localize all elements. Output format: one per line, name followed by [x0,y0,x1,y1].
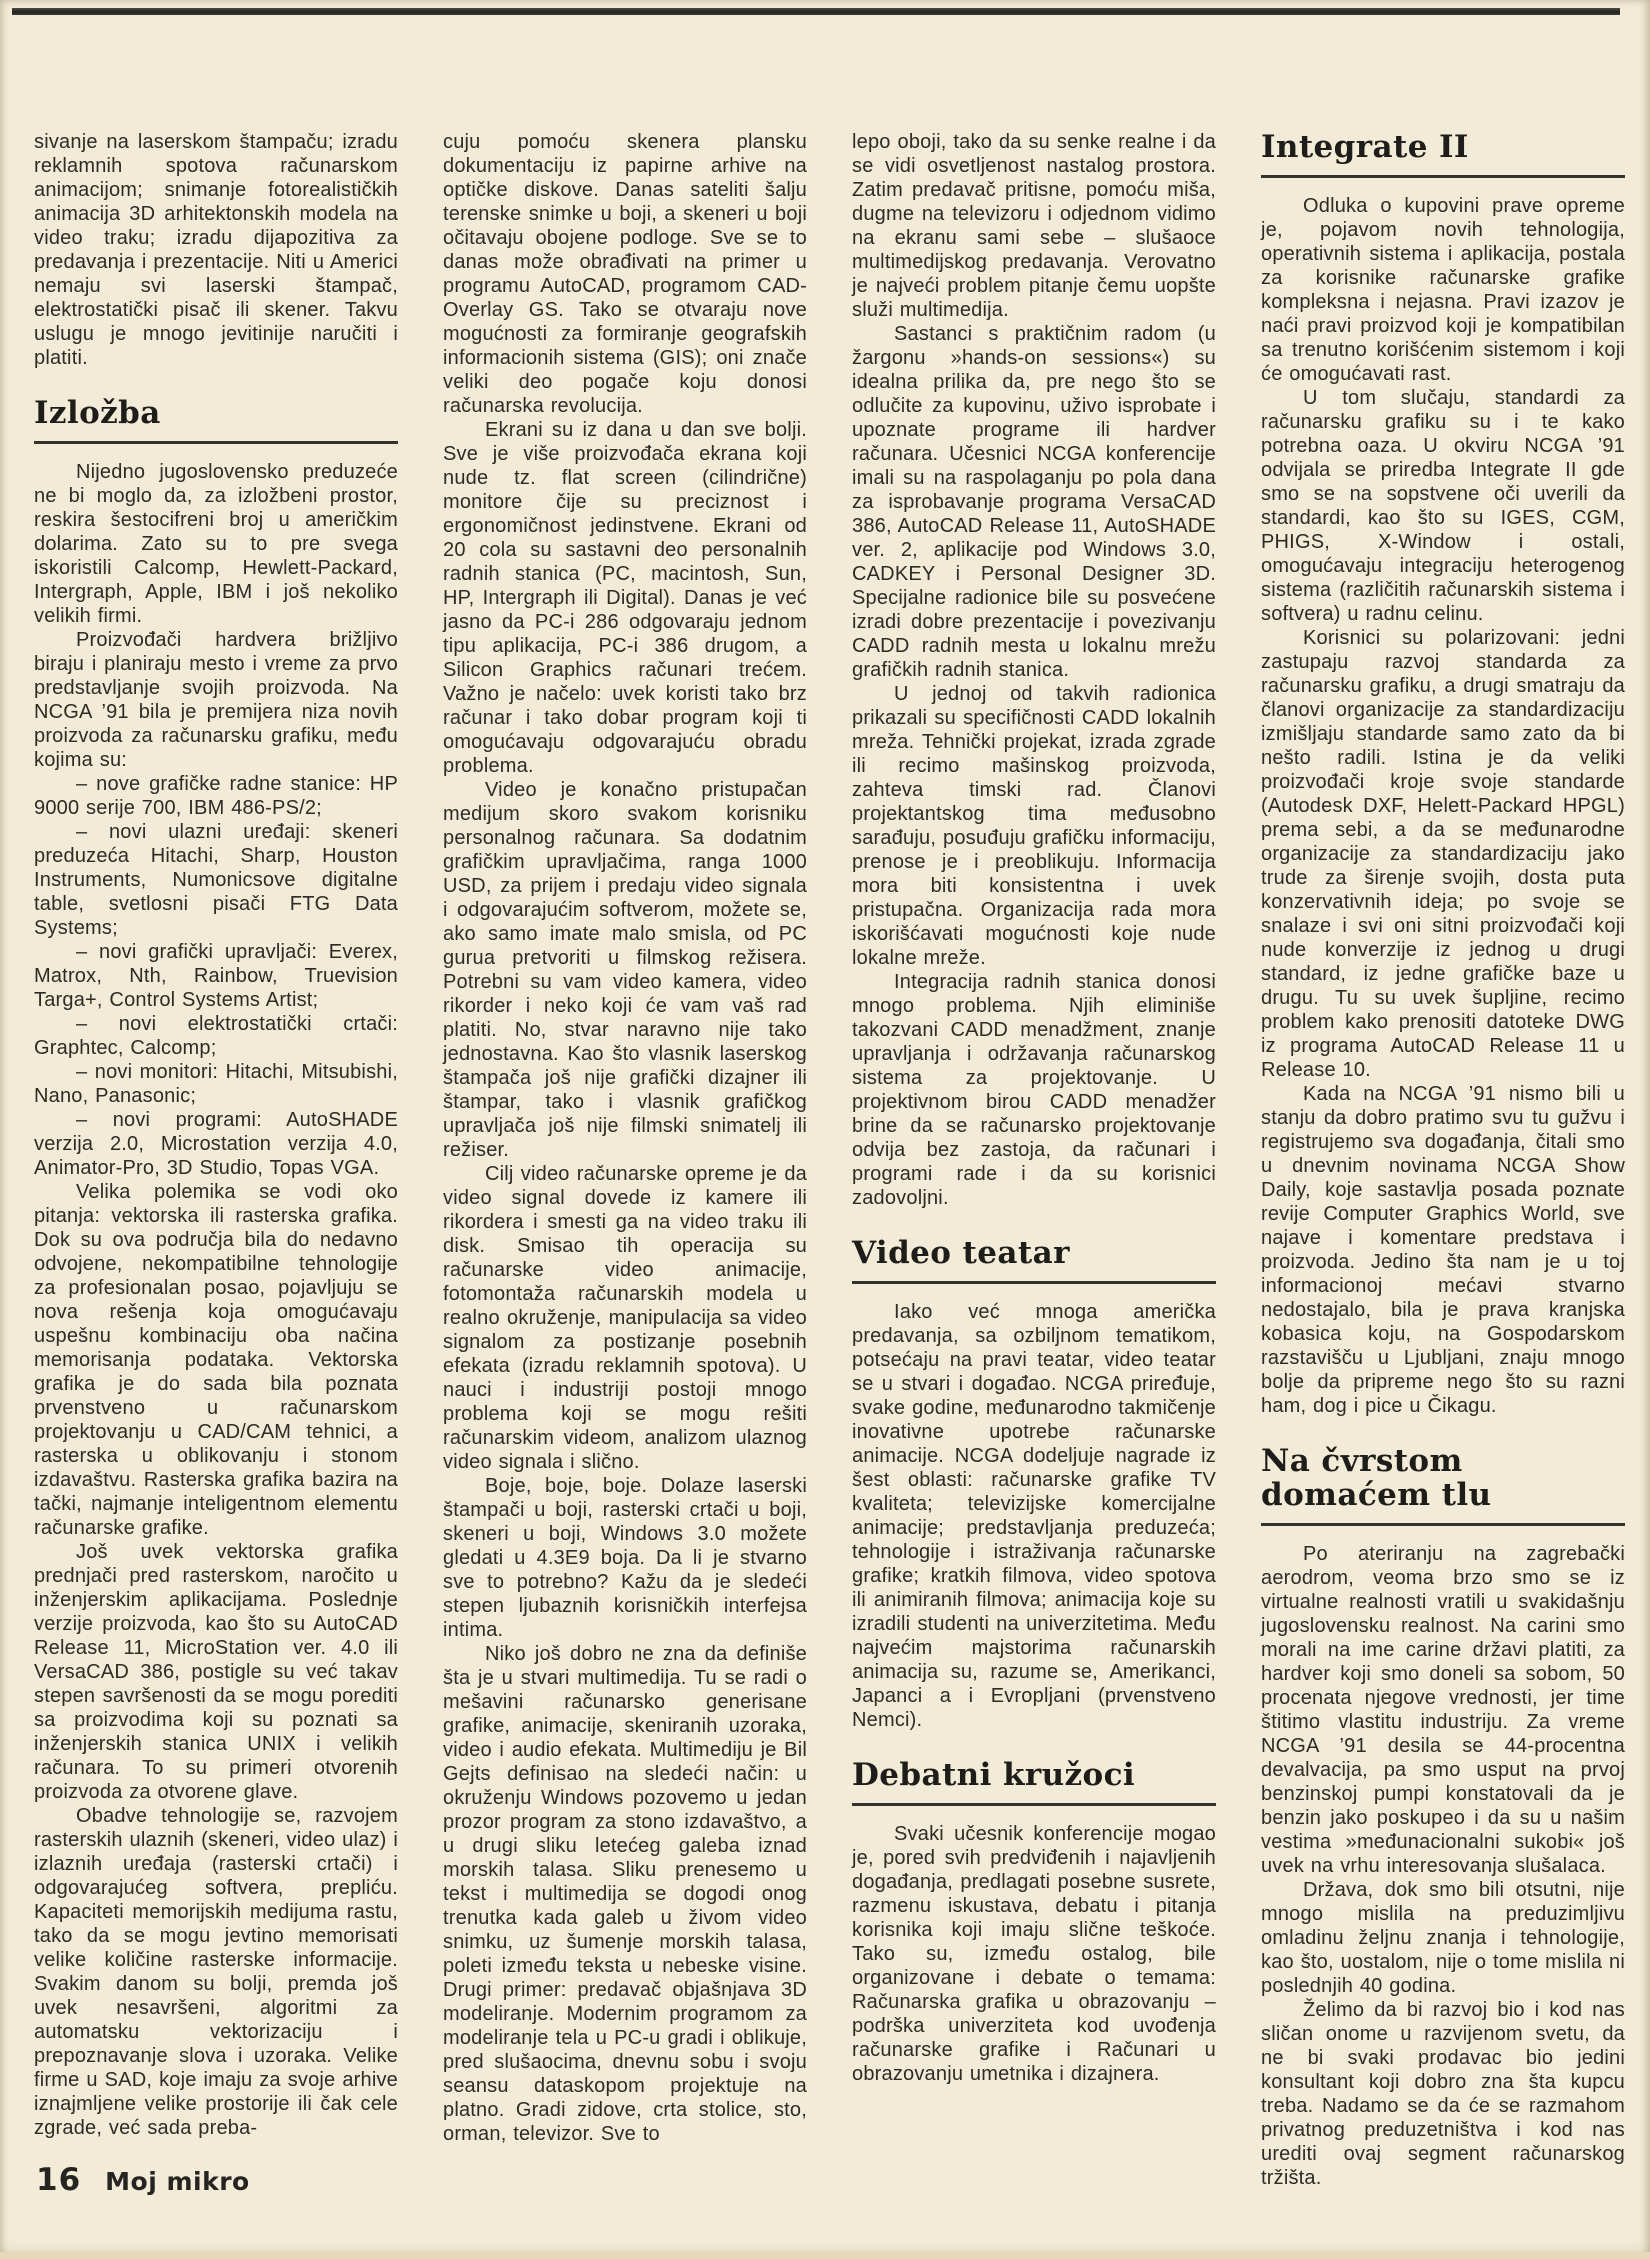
section-heading: Video teatar [852,1236,1216,1270]
article-paragraph: – novi ulazni uređaji: skeneri preduzeća… [34,820,398,940]
article-paragraph: – novi grafički upravljači: Everex, Matr… [34,940,398,1012]
section-heading: Izložba [34,396,398,430]
article-paragraph: Odluka o kupovini prave opreme je, pojav… [1261,194,1625,386]
heading-rule [34,441,398,444]
section-heading-block: Integrate II [1261,130,1625,178]
section-heading-block: Izložba [34,396,398,444]
heading-rule [852,1803,1216,1806]
article-paragraph: Video je konačno pristupačan medijum sko… [443,778,807,1162]
article-paragraph: U tom slučaju, standardi za računarsku g… [1261,386,1625,626]
section-heading: Na čvrstom domaćem tlu [1261,1444,1625,1512]
article-paragraph: Sastanci s praktičnim radom (u žargonu »… [852,322,1216,682]
article-paragraph: Korisnici su polarizovani: jedni zastupa… [1261,626,1625,1082]
article-paragraph: Država, dok smo bili otsutni, nije mnogo… [1261,1878,1625,1998]
magazine-page: sivanje na laserskom štampaču; izradu re… [0,0,1650,2259]
section-heading-block: Debatni kružoci [852,1758,1216,1806]
text-column-3: lepo oboji, tako da su senke realne i da… [852,130,1216,2086]
article-paragraph: Svaki učesnik konferencije mogao je, por… [852,1822,1216,2086]
article-paragraph: Želimo da bi razvoj bio i kod nas sličan… [1261,1998,1625,2190]
text-column-4: Integrate IIOdluka o kupovini prave opre… [1261,130,1625,2190]
page-footer: 16 Moj mikro [36,2162,250,2198]
article-paragraph: – novi monitori: Hitachi, Mitsubishi, Na… [34,1060,398,1108]
article-paragraph: Cilj video računarske opreme je da video… [443,1162,807,1474]
article-paragraph: U jednoj od takvih radionica prikazali s… [852,682,1216,970]
heading-rule [1261,175,1625,178]
heading-rule [852,1281,1216,1284]
scan-bottom-edge [0,2252,1650,2259]
section-heading: Debatni kružoci [852,1758,1216,1792]
article-paragraph: cuju pomoću skenera plansku dokumentacij… [443,130,807,418]
page-number-label: 16 [36,2162,81,2198]
article-paragraph: Nijedno jugoslovensko preduzeće ne bi mo… [34,460,398,628]
article-paragraph: Po ateriranju na zagrebački aerodrom, ve… [1261,1542,1625,1878]
article-paragraph: – novi elektrostatički crtači: Graphtec,… [34,1012,398,1060]
magazine-title-label: Moj mikro [105,2167,250,2196]
section-heading: Integrate II [1261,130,1625,164]
article-paragraph: Kada na NCGA ’91 nismo bili u stanju da … [1261,1082,1625,1418]
article-paragraph: Još uvek vektorska grafika prednjači pre… [34,1540,398,1804]
article-paragraph: – nove grafičke radne stanice: HP 9000 s… [34,772,398,820]
article-paragraph: sivanje na laserskom štampaču; izradu re… [34,130,398,370]
top-rule [12,8,1620,15]
article-paragraph: Niko još dobro ne zna da definiše šta je… [443,1642,807,2146]
article-paragraph: Boje, boje, boje. Dolaze laserski štampa… [443,1474,807,1642]
text-column-1: sivanje na laserskom štampaču; izradu re… [34,130,398,2140]
text-column-2: cuju pomoću skenera plansku dokumentacij… [443,130,807,2146]
section-heading-block: Video teatar [852,1236,1216,1284]
article-paragraph: Integracija radnih stanica donosi mnogo … [852,970,1216,1210]
article-paragraph: Iako već mnoga američka predavanja, sa o… [852,1300,1216,1732]
article-paragraph: Ekrani su iz dana u dan sve bolji. Sve j… [443,418,807,778]
article-paragraph: Proizvođači hardvera brižljivo biraju i … [34,628,398,772]
article-paragraph: lepo oboji, tako da su senke realne i da… [852,130,1216,322]
article-paragraph: Velika polemika se vodi oko pitanja: vek… [34,1180,398,1540]
section-heading-block: Na čvrstom domaćem tlu [1261,1444,1625,1526]
article-paragraph: Obadve tehnologije se, razvojem rastersk… [34,1804,398,2140]
heading-rule [1261,1523,1625,1526]
article-paragraph: – novi programi: AutoSHADE verzija 2.0, … [34,1108,398,1180]
